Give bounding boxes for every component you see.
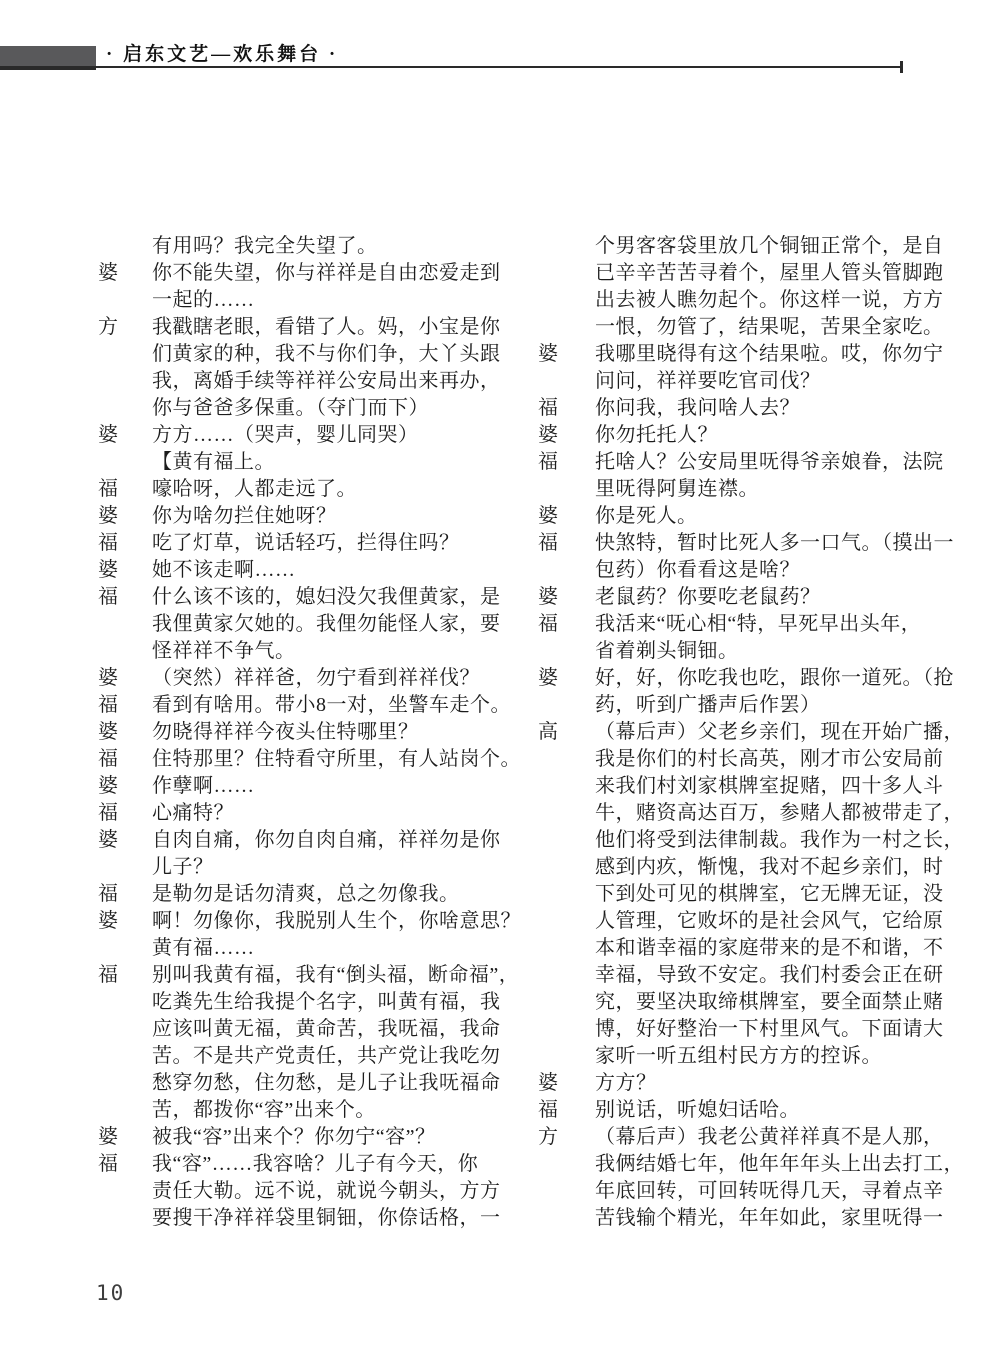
dialogue-text: 你为啥勿拦住她呀？ <box>152 503 337 530</box>
dialogue-line: 住特那里？住特看守所里，有人站岗个。 <box>152 746 521 773</box>
dialogue-entry: 婆她不该走啊…… <box>98 557 478 584</box>
dialogue-text: 被我“容”出来个？你勿宁“容”？ <box>152 1124 436 1151</box>
speaker-label: 福 <box>98 746 152 773</box>
dialogue-line: 你为啥勿拦住她呀？ <box>152 503 337 530</box>
speaker-label: 婆 <box>538 665 595 692</box>
dialogue-text: （幕后声）我老公黄祥祥真不是人那，我俩结婚七年，他年年年头上出去打工，年底回转，… <box>595 1124 964 1232</box>
dialogue-line: 一起的…… <box>152 287 501 314</box>
dialogue-line: 啊！勿像你，我脱别人生个，你啥意思？ <box>152 908 521 935</box>
dialogue-text: 快煞特，暂时比死人多一口气。（摸出一包药）你看看这是啥？ <box>595 530 954 584</box>
header-rule-end-tick <box>900 61 903 73</box>
dialogue-line: 托啥人？公安局里呒得爷亲娘眷，法院 <box>595 449 944 476</box>
dialogue-line: 我“容”……我容啥？儿子有今天，你 <box>152 1151 501 1178</box>
dialogue-text: 老鼠药？你要吃老鼠药？ <box>595 584 821 611</box>
dialogue-entry: 婆方方？ <box>538 1070 928 1097</box>
speaker-label: 婆 <box>98 422 152 449</box>
dialogue-text: 吃了灯草，说话轻巧，拦得住吗？ <box>152 530 460 557</box>
dialogue-line: 你与爸爸多保重。（夺门而下） <box>152 395 501 422</box>
dialogue-text: （突然）祥祥爸，勿宁看到祥祥伐？ <box>152 665 480 692</box>
dialogue-entry: 婆自肉自痛，你勿自肉自痛，祥祥勿是你儿子？ <box>98 827 478 881</box>
dialogue-line: 怪祥祥不争气。 <box>152 638 501 665</box>
dialogue-line: 本和谐幸福的家庭带来的是不和谐，不 <box>595 935 964 962</box>
dialogue-text: 有用吗？我完全失望了。 <box>152 233 378 260</box>
dialogue-text: 啊！勿像你，我脱别人生个，你啥意思？黄有福…… <box>152 908 521 962</box>
dialogue-line: 别说话，听媳妇话哈。 <box>595 1097 800 1124</box>
dialogue-line: 一恨，勿管了，结果呢，苦果全家吃。 <box>595 314 944 341</box>
speaker-label: 婆 <box>98 719 152 746</box>
dialogue-line: 你是死人。 <box>595 503 698 530</box>
speaker-label: 婆 <box>98 773 152 800</box>
dialogue-entry: 福我活来“呒心相“特，早死早出头年，省着剃头铜钿。 <box>538 611 928 665</box>
dialogue-line: 个男客客袋里放几个铜钿正常个，是自 <box>595 233 944 260</box>
dialogue-line: 嚎哈呀，人都走远了。 <box>152 476 357 503</box>
dialogue-line: 我，离婚手续等祥祥公安局出来再办， <box>152 368 501 395</box>
dialogue-line: 下到处可见的棋牌室，它无牌无证，没 <box>595 881 964 908</box>
dialogue-line: 省着剃头铜钿。 <box>595 638 921 665</box>
speaker-label: 婆 <box>538 584 595 611</box>
dialogue-entry: 福快煞特，暂时比死人多一口气。（摸出一包药）你看看这是啥？ <box>538 530 928 584</box>
dialogue-text: 你不能失望，你与祥祥是自由恋爱走到一起的…… <box>152 260 501 314</box>
dialogue-text: 你问我，我问啥人去？ <box>595 395 800 422</box>
dialogue-entry: 婆你勿托托人？ <box>538 422 928 449</box>
dialogue-entry: 方（幕后声）我老公黄祥祥真不是人那，我俩结婚七年，他年年年头上出去打工，年底回转… <box>538 1124 928 1232</box>
dialogue-line: 儿子？ <box>152 854 501 881</box>
dialogue-line: 勿晓得祥祥今夜头住特哪里？ <box>152 719 419 746</box>
dialogue-text: 我哪里晓得有这个结果啦。哎，你勿宁问问，祥祥要吃官司伐？ <box>595 341 944 395</box>
dialogue-line: 应该叫黄无福，黄命苦，我呒福，我命 <box>152 1016 519 1043</box>
dialogue-line: 心痛特？ <box>152 800 234 827</box>
dialogue-line: 里呒得阿舅连襟。 <box>595 476 944 503</box>
dialogue-entry: 福吃了灯草，说话轻巧，拦得住吗？ <box>98 530 478 557</box>
dialogue-text: 方方……（哭声，婴儿同哭） <box>152 422 419 449</box>
dialogue-line: 感到内疚，惭愧，我对不起乡亲们，时 <box>595 854 964 881</box>
speaker-label: 福 <box>538 611 595 638</box>
dialogue-line: 你问我，我问啥人去？ <box>595 395 800 422</box>
dialogue-text: 是勒勿是话勿清爽，总之勿像我。 <box>152 881 460 908</box>
dialogue-entry: 婆好，好，你吃我也吃，跟你一道死。（抢药，听到广播声后作罢） <box>538 665 928 719</box>
dialogue-entry: 福什么该不该的，媳妇没欠我俚黄家，是我俚黄家欠她的。我俚勿能怪人家，要怪祥祥不争… <box>98 584 478 665</box>
dialogue-entry: 福心痛特？ <box>98 800 478 827</box>
dialogue-entry: 福别叫我黄有福，我有“倒头福，断命福”，吃粪先生给我提个名字，叫黄有福，我应该叫… <box>98 962 478 1124</box>
speaker-label: 福 <box>98 881 152 908</box>
speaker-label: 福 <box>98 962 152 989</box>
speaker-label: 婆 <box>98 908 152 935</box>
speaker-label: 福 <box>538 449 595 476</box>
dialogue-line: 我活来“呒心相“特，早死早出头年， <box>595 611 921 638</box>
dialogue-line: 我俚黄家欠她的。我俚勿能怪人家，要 <box>152 611 501 638</box>
speaker-label: 婆 <box>538 422 595 449</box>
speaker-label: 方 <box>538 1124 595 1151</box>
dialogue-entry: 婆我哪里晓得有这个结果啦。哎，你勿宁问问，祥祥要吃官司伐？ <box>538 341 928 395</box>
dialogue-line: 吃粪先生给我提个名字，叫黄有福，我 <box>152 989 519 1016</box>
dialogue-text: 自肉自痛，你勿自肉自痛，祥祥勿是你儿子？ <box>152 827 501 881</box>
script-column-right: 个男客客袋里放几个铜钿正常个，是自已辛辛苦苦寻着个，屋里人管头管脚跑出去被人瞧勿… <box>538 233 928 1232</box>
dialogue-entry: 福住特那里？住特看守所里，有人站岗个。 <box>98 746 478 773</box>
dialogue-line: 被我“容”出来个？你勿宁“容”？ <box>152 1124 436 1151</box>
dialogue-text: 勿晓得祥祥今夜头住特哪里？ <box>152 719 419 746</box>
dialogue-line: 博，好好整治一下村里风气。下面请大 <box>595 1016 964 1043</box>
speaker-label: 婆 <box>98 260 152 287</box>
header-rule <box>0 66 903 68</box>
dialogue-line: 来我们村刘家棋牌室捉赌，四十多人斗 <box>595 773 964 800</box>
dialogue-text: 什么该不该的，媳妇没欠我俚黄家，是我俚黄家欠她的。我俚勿能怪人家，要怪祥祥不争气… <box>152 584 501 665</box>
dialogue-line: 作孽啊…… <box>152 773 255 800</box>
dialogue-text: 心痛特？ <box>152 800 234 827</box>
speaker-label: 福 <box>98 800 152 827</box>
dialogue-text: 方方？ <box>595 1070 657 1097</box>
dialogue-entry: 【黄有福上。 <box>98 449 478 476</box>
speaker-label: 高 <box>538 719 595 746</box>
dialogue-line: 问问，祥祥要吃官司伐？ <box>595 368 944 395</box>
dialogue-line: 快煞特，暂时比死人多一口气。（摸出一 <box>595 530 954 557</box>
dialogue-text: 住特那里？住特看守所里，有人站岗个。 <box>152 746 521 773</box>
speaker-label: 福 <box>98 530 152 557</box>
dialogue-entry: 福你问我，我问啥人去？ <box>538 395 928 422</box>
dialogue-text: 我“容”……我容啥？儿子有今天，你责任大勒。远不说，就说今朝头，方方要搜干净祥祥… <box>152 1151 501 1232</box>
speaker-label: 婆 <box>98 503 152 530</box>
dialogue-line: 他们将受到法律制裁。我作为一村之长， <box>595 827 964 854</box>
dialogue-line: 苦，都拨你“容”出来个。 <box>152 1097 519 1124</box>
dialogue-entry: 婆你不能失望，你与祥祥是自由恋爱走到一起的…… <box>98 260 478 314</box>
dialogue-line: 黄有福…… <box>152 935 521 962</box>
dialogue-line: 有用吗？我完全失望了。 <box>152 233 378 260</box>
dialogue-entry: 福托啥人？公安局里呒得爷亲娘眷，法院里呒得阿舅连襟。 <box>538 449 928 503</box>
dialogue-entry: 婆勿晓得祥祥今夜头住特哪里？ <box>98 719 478 746</box>
speaker-label: 福 <box>538 395 595 422</box>
dialogue-line: 你勿托托人？ <box>595 422 718 449</box>
dialogue-text: 作孽啊…… <box>152 773 255 800</box>
dialogue-line: 方方？ <box>595 1070 657 1097</box>
dialogue-line: 责任大勒。远不说，就说今朝头，方方 <box>152 1178 501 1205</box>
speaker-label: 婆 <box>538 1070 595 1097</box>
dialogue-line: 们黄家的种，我不与你们争，大丫头跟 <box>152 341 501 368</box>
dialogue-entry: 婆老鼠药？你要吃老鼠药？ <box>538 584 928 611</box>
dialogue-entry: 方我戳瞎老眼，看错了人。妈，小宝是你们黄家的种，我不与你们争，大丫头跟我，离婚手… <box>98 314 478 422</box>
speaker-label: 婆 <box>98 665 152 692</box>
dialogue-line: 她不该走啊…… <box>152 557 296 584</box>
dialogue-entry: 婆（突然）祥祥爸，勿宁看到祥祥伐？ <box>98 665 478 692</box>
speaker-label: 福 <box>98 1151 152 1178</box>
dialogue-line: 出去被人瞧勿起个。你这样一说，方方 <box>595 287 944 314</box>
dialogue-line: 家听一听五组村民方方的控诉。 <box>595 1043 964 1070</box>
dialogue-line: 吃了灯草，说话轻巧，拦得住吗？ <box>152 530 460 557</box>
dialogue-entry: 个男客客袋里放几个铜钿正常个，是自已辛辛苦苦寻着个，屋里人管头管脚跑出去被人瞧勿… <box>538 233 928 341</box>
dialogue-line: 要搜干净祥祥袋里铜钿，你倷话格，一 <box>152 1205 501 1232</box>
dialogue-line: 苦。不是共产党责任，共产党让我吃勿 <box>152 1043 519 1070</box>
dialogue-line: 是勒勿是话勿清爽，总之勿像我。 <box>152 881 460 908</box>
dialogue-line: 幸福，导致不安定。我们村委会正在研 <box>595 962 964 989</box>
dialogue-text: 你勿托托人？ <box>595 422 718 449</box>
page-header-title: · 启东文艺—欢乐舞台 · <box>106 44 338 66</box>
dialogue-line: 苦钱输个精光，年年如此，家里呒得一 <box>595 1205 964 1232</box>
dialogue-line: （突然）祥祥爸，勿宁看到祥祥伐？ <box>152 665 480 692</box>
dialogue-entry: 婆被我“容”出来个？你勿宁“容”？ <box>98 1124 478 1151</box>
dialogue-entry: 婆啊！勿像你，我脱别人生个，你啥意思？黄有福…… <box>98 908 478 962</box>
speaker-label: 福 <box>98 692 152 719</box>
dialogue-line: 方方……（哭声，婴儿同哭） <box>152 422 419 449</box>
dialogue-line: 看到有啥用。带小8一对，坐警车走个。 <box>152 692 511 719</box>
dialogue-text: 个男客客袋里放几个铜钿正常个，是自已辛辛苦苦寻着个，屋里人管头管脚跑出去被人瞧勿… <box>595 233 944 341</box>
dialogue-entry: 婆作孽啊…… <box>98 773 478 800</box>
script-column-left: 有用吗？我完全失望了。婆你不能失望，你与祥祥是自由恋爱走到一起的……方我戳瞎老眼… <box>98 233 478 1232</box>
speaker-label: 婆 <box>538 341 595 368</box>
dialogue-text: 嚎哈呀，人都走远了。 <box>152 476 357 503</box>
dialogue-entry: 福别说话，听媳妇话哈。 <box>538 1097 928 1124</box>
speaker-label: 婆 <box>98 1124 152 1151</box>
dialogue-entry: 婆你是死人。 <box>538 503 928 530</box>
dialogue-line: 究，要坚决取缔棋牌室，要全面禁止赌 <box>595 989 964 1016</box>
dialogue-line: 包药）你看看这是啥？ <box>595 557 954 584</box>
dialogue-line: 老鼠药？你要吃老鼠药？ <box>595 584 821 611</box>
dialogue-text: 【黄有福上。 <box>152 449 275 476</box>
dialogue-entry: 福我“容”……我容啥？儿子有今天，你责任大勒。远不说，就说今朝头，方方要搜干净祥… <box>98 1151 478 1232</box>
speaker-label: 福 <box>538 1097 595 1124</box>
speaker-label: 福 <box>538 530 595 557</box>
dialogue-line: 愁穿勿愁，住勿愁，是儿子让我呒福命 <box>152 1070 519 1097</box>
dialogue-line: 什么该不该的，媳妇没欠我俚黄家，是 <box>152 584 501 611</box>
dialogue-text: 看到有啥用。带小8一对，坐警车走个。 <box>152 692 511 719</box>
dialogue-text: 托啥人？公安局里呒得爷亲娘眷，法院里呒得阿舅连襟。 <box>595 449 944 503</box>
dialogue-text: 别说话，听媳妇话哈。 <box>595 1097 800 1124</box>
dialogue-line: 别叫我黄有福，我有“倒头福，断命福”， <box>152 962 519 989</box>
dialogue-entry: 高（幕后声）父老乡亲们，现在开始广播，我是你们的村长高英，刚才市公安局前来我们村… <box>538 719 928 1070</box>
speaker-label: 婆 <box>538 503 595 530</box>
dialogue-entry: 福看到有啥用。带小8一对，坐警车走个。 <box>98 692 478 719</box>
speaker-label: 婆 <box>98 557 152 584</box>
dialogue-line: 我哪里晓得有这个结果啦。哎，你勿宁 <box>595 341 944 368</box>
dialogue-text: 她不该走啊…… <box>152 557 296 584</box>
dialogue-entry: 婆你为啥勿拦住她呀？ <box>98 503 478 530</box>
dialogue-line: 我是你们的村长高英，刚才市公安局前 <box>595 746 964 773</box>
dialogue-entry: 福是勒勿是话勿清爽，总之勿像我。 <box>98 881 478 908</box>
dialogue-text: 我活来“呒心相“特，早死早出头年，省着剃头铜钿。 <box>595 611 921 665</box>
dialogue-text: 你是死人。 <box>595 503 698 530</box>
dialogue-line: （幕后声）父老乡亲们，现在开始广播， <box>595 719 964 746</box>
page-number: 10 <box>96 1281 125 1305</box>
dialogue-entry: 婆方方……（哭声，婴儿同哭） <box>98 422 478 449</box>
dialogue-text: 别叫我黄有福，我有“倒头福，断命福”，吃粪先生给我提个名字，叫黄有福，我应该叫黄… <box>152 962 519 1124</box>
speaker-label: 福 <box>98 584 152 611</box>
dialogue-line: 好，好，你吃我也吃，跟你一道死。（抢 <box>595 665 954 692</box>
dialogue-line: 年底回转，可回转呒得几天，寻着点辛 <box>595 1178 964 1205</box>
speaker-label: 福 <box>98 476 152 503</box>
dialogue-line: （幕后声）我老公黄祥祥真不是人那， <box>595 1124 964 1151</box>
speaker-label: 方 <box>98 314 152 341</box>
dialogue-text: 我戳瞎老眼，看错了人。妈，小宝是你们黄家的种，我不与你们争，大丫头跟我，离婚手续… <box>152 314 501 422</box>
dialogue-line: 人管理，它败坏的是社会风气，它给原 <box>595 908 964 935</box>
dialogue-line: 药，听到广播声后作罢） <box>595 692 954 719</box>
dialogue-line: 你不能失望，你与祥祥是自由恋爱走到 <box>152 260 501 287</box>
dialogue-text: （幕后声）父老乡亲们，现在开始广播，我是你们的村长高英，刚才市公安局前来我们村刘… <box>595 719 964 1070</box>
dialogue-line: 自肉自痛，你勿自肉自痛，祥祥勿是你 <box>152 827 501 854</box>
dialogue-entry: 福嚎哈呀，人都走远了。 <box>98 476 478 503</box>
dialogue-line: 我俩结婚七年，他年年年头上出去打工， <box>595 1151 964 1178</box>
dialogue-entry: 有用吗？我完全失望了。 <box>98 233 478 260</box>
dialogue-line: 我戳瞎老眼，看错了人。妈，小宝是你 <box>152 314 501 341</box>
speaker-label: 婆 <box>98 827 152 854</box>
dialogue-line: 【黄有福上。 <box>152 449 275 476</box>
dialogue-line: 已辛辛苦苦寻着个，屋里人管头管脚跑 <box>595 260 944 287</box>
dialogue-line: 牛，赌资高达百万，参赌人都被带走了， <box>595 800 964 827</box>
dialogue-text: 好，好，你吃我也吃，跟你一道死。（抢药，听到广播声后作罢） <box>595 665 954 719</box>
